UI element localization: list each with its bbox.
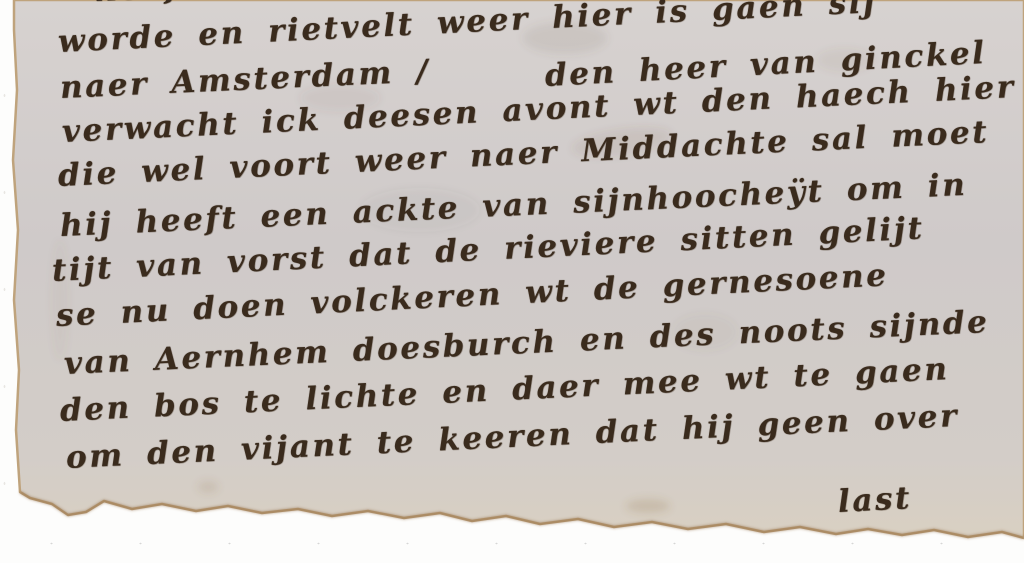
paper-body bbox=[13, 0, 1024, 538]
manuscript-scan: heeft an twee worde en rietvelt weer hie… bbox=[0, 0, 1024, 563]
paper-sheet bbox=[0, 0, 1024, 563]
